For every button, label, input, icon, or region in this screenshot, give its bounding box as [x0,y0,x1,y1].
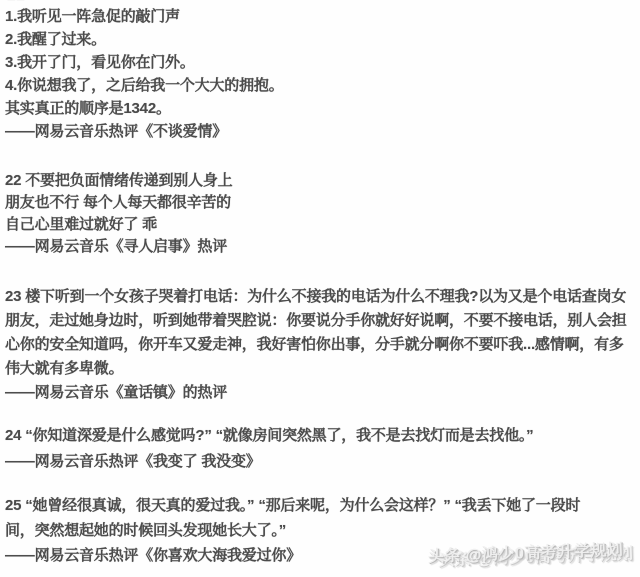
comment-section-25: 25 “她曾经很真诚，很天真的爱过我。” “那后来呢，为什么会这样？” “我丢下… [5,493,640,568]
comment-section-22: 22 不要把负面情绪传递到别人身上 朋友也不行 每个人每天都很辛苦的 自己心里难… [5,170,640,258]
comment-line: 自己心里难过就好了 乖 [5,214,640,236]
comment-line: 间，突然想起她的时候回头发现她长大了。” [5,518,640,543]
attribution-line: ——网易云音乐热评《你喜欢大海我爱过你》 [5,543,640,568]
comment-line: 4.你说想我了，之后给我一个大大的拥抱。 [5,74,640,97]
attribution-line: ——网易云音乐《童话镇》的热评 [5,381,640,405]
comment-line: 1.我听见一阵急促的敲门声 [5,5,640,28]
attribution-line: ——网易云音乐《寻人启事》热评 [5,236,640,258]
comment-line: 22 不要把负面情绪传递到别人身上 [5,170,640,192]
comment-line: 伟大就有多卑微。 [5,357,640,381]
attribution-line: ——网易云音乐热评《我变了 我没变》 [5,449,640,475]
attribution-line: ——网易云音乐热评《不谈爱情》 [5,120,640,143]
comment-section-21: 1.我听见一阵急促的敲门声 2.我醒了过来。 3.我开了门，看见你在门外。 4.… [5,5,640,143]
comment-line: 25 “她曾经很真诚，很天真的爱过我。” “那后来呢，为什么会这样？” “我丢下… [5,493,640,518]
comment-line: 3.我开了门，看见你在门外。 [5,51,640,74]
comments-document: 21 1.我听见一阵急促的敲门声 2.我醒了过来。 3.我开了门，看见你在门外。… [0,0,640,577]
comment-line: 心你的安全知道吗，你开车又爱走神，我好害怕你出事，分手就分啊你不要吓我...感情… [5,333,640,357]
comment-section-24: 24 “你知道深爱是什么感觉吗?” “就像房间突然黑了，我不是去找灯而是去找他。… [5,423,640,475]
comment-line: 24 “你知道深爱是什么感觉吗?” “就像房间突然黑了，我不是去找灯而是去找他。… [5,423,640,449]
comment-line: 其实真正的顺序是1342。 [5,97,640,120]
comment-line: 朋友也不行 每个人每天都很辛苦的 [5,192,640,214]
comment-section-23: 23 楼下听到一个女孩子哭着打电话：为什么不接我的电话为什么不理我?以为又是个电… [5,285,640,405]
comment-line: 23 楼下听到一个女孩子哭着打电话：为什么不接我的电话为什么不理我?以为又是个电… [5,285,640,309]
comment-line: 朋友，走过她身边时，听到她带着哭腔说：你要说分手你就好好说啊，不要不接电话，别人… [5,309,640,333]
screenshot-root: { "page": { "background": "#fefefe", "te… [0,0,640,577]
comment-line: 2.我醒了过来。 [5,28,640,51]
